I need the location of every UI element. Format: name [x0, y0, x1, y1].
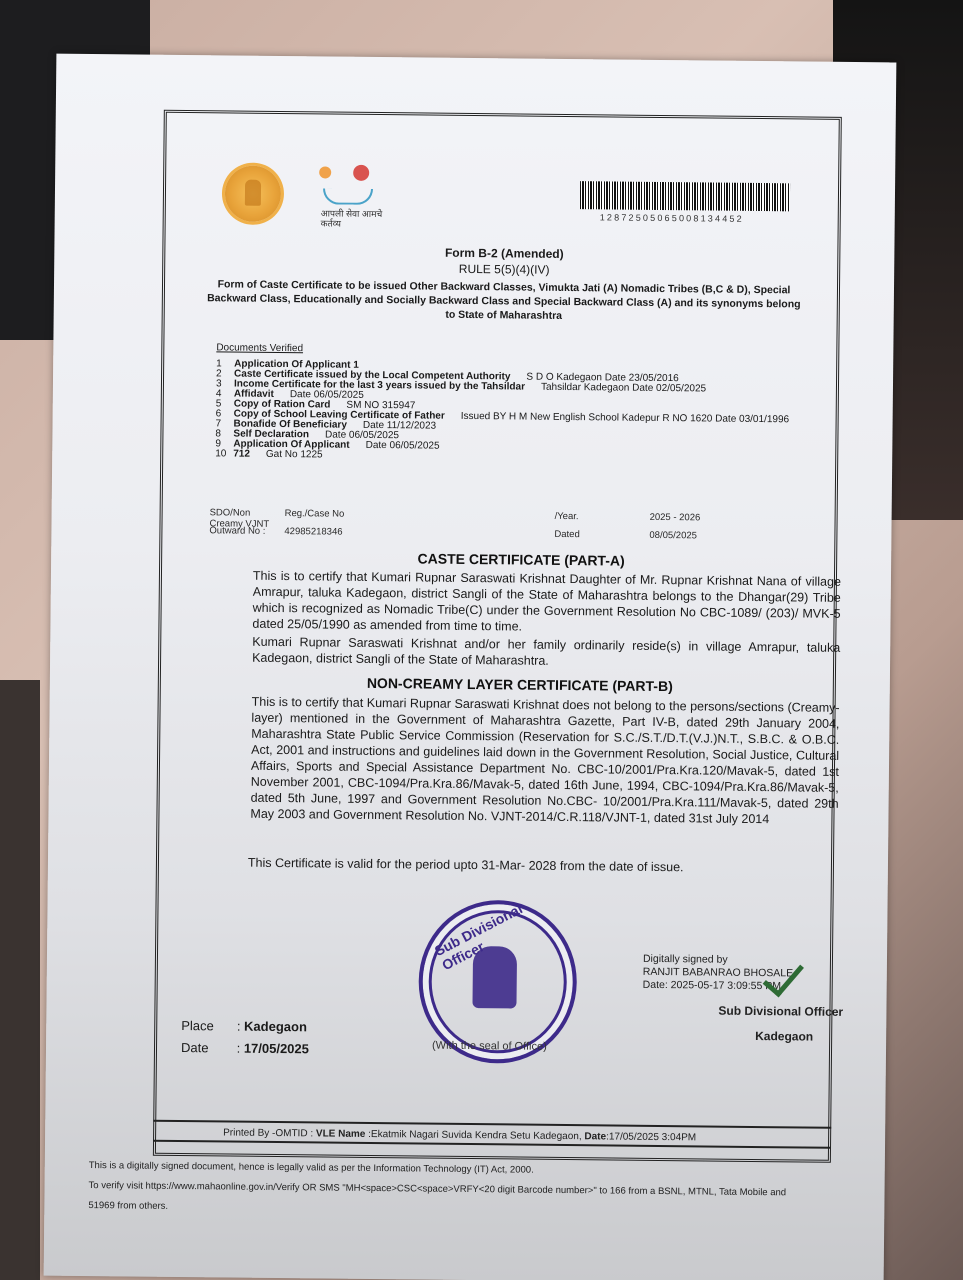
year-value: 2025 - 2026 — [649, 512, 700, 531]
part-b-text: This is to certify that Kumari Rupnar Sa… — [198, 693, 839, 828]
outward-label: Outward No : — [209, 525, 284, 544]
seal-note: (With the seal of Office) — [432, 1040, 547, 1053]
print-date-label: Date — [584, 1131, 606, 1142]
dated-value: 08/05/2025 — [649, 530, 697, 548]
printed-by-label: Printed By -OMTID : — [223, 1127, 313, 1139]
ashoka-emblem-icon — [472, 946, 517, 1008]
barcode-number: 12872505065008134452 — [600, 212, 744, 224]
figure-icon — [319, 166, 331, 178]
place-label: Place — [181, 1015, 233, 1038]
logo-tagline: आपली सेवा आमचे कर्तव्य — [321, 208, 391, 229]
part-a-text: Kumari Rupnar Saraswati Krishnat and/or … — [200, 633, 840, 672]
print-date-value: :17/05/2025 3:04PM — [606, 1131, 696, 1143]
item-number: 10 — [215, 449, 227, 459]
office-code: SDO/Non Creamy VJNT — [209, 507, 284, 526]
signer-location: Kadegaon — [755, 1030, 843, 1044]
form-description: Form of Caste Certificate to be issued O… — [204, 277, 804, 325]
outward-value: 42985218346 — [284, 526, 554, 547]
part-a-paragraph-2: Kumari Rupnar Saraswati Krishnat and/or … — [200, 633, 840, 672]
vle-label: VLE Name — [316, 1128, 366, 1140]
reference-block: SDO/Non Creamy VJNT Reg./Case No /Year. … — [209, 507, 769, 549]
date-value: 17/05/2025 — [244, 1041, 309, 1057]
item-detail: Tahsildar Kadegaon Date 02/05/2025 — [541, 383, 706, 395]
date-label: Date — [181, 1037, 233, 1060]
part-a-text: This is to certify that Kumari Rupnar Sa… — [200, 567, 841, 638]
documents-verified: Documents Verified 1Application Of Appli… — [215, 342, 836, 465]
footer-notice: This is a digitally signed document, hen… — [88, 1156, 963, 1225]
place-value: Kadegaon — [244, 1019, 307, 1035]
hand-icon — [323, 188, 373, 205]
background-object — [0, 680, 40, 1280]
figure-icon — [353, 165, 369, 181]
vle-value: :Ekatmik Nagari Suvida Kendra Setu Kadeg… — [368, 1129, 582, 1142]
maharashtra-emblem-icon — [225, 165, 282, 222]
aaple-sarkar-logo: आपली सेवा आमचे कर्तव्य — [317, 162, 382, 235]
part-b-paragraph: This is to certify that Kumari Rupnar Sa… — [198, 693, 839, 828]
digital-signature: Digitally signed by RANJIT BABANRAO BHOS… — [642, 953, 844, 1044]
dated-label: Dated — [554, 529, 649, 548]
year-label: /Year. — [554, 511, 649, 530]
signature-date: Date: 2025-05-17 3:09:55 PM — [643, 979, 844, 994]
barcode — [580, 181, 790, 211]
item-detail: Gat No 1225 — [266, 450, 323, 461]
certificate-paper: आपली सेवा आमचे कर्तव्य 12872505065008134… — [44, 54, 897, 1280]
signer-role: Sub Divisional Officer — [718, 1005, 843, 1019]
place-date: Place : Kadegaon Date : 17/05/2025 — [181, 1015, 309, 1060]
item-detail: Date 06/05/2025 — [366, 441, 440, 452]
item-label: 712 — [233, 450, 250, 460]
part-a-paragraph-1: This is to certify that Kumari Rupnar Sa… — [200, 567, 841, 638]
